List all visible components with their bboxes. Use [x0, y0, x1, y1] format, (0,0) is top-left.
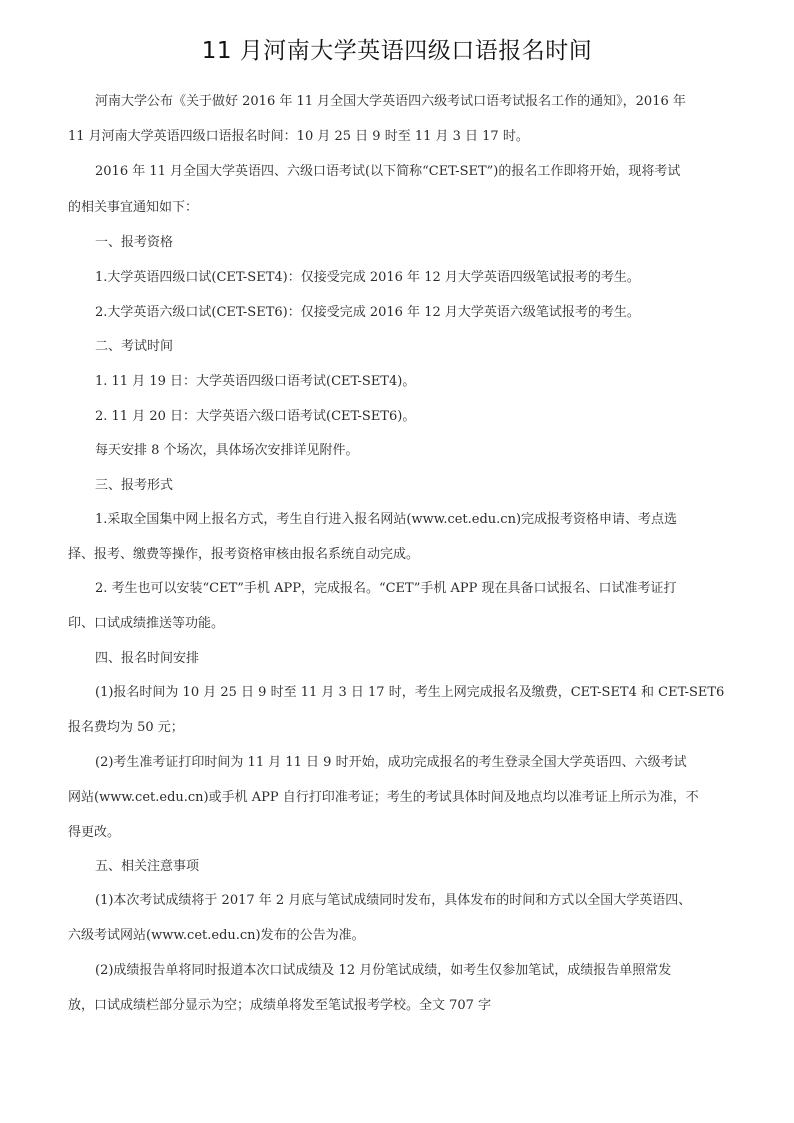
- paragraph-intro-line-2: 11 月河南大学英语四级口语报名时间：10 月 25 日 9 时至 11 月 3…: [68, 128, 529, 146]
- registration-form-item-2-line-1: 2. 考生也可以安装“CET”手机 APP，完成报名。“CET”手机 APP 现…: [95, 580, 677, 598]
- exam-time-note: 每天安排 8 个场次，具体场次安排详见附件。: [95, 442, 359, 460]
- exam-time-item-1: 1. 11 月 19 日：大学英语四级口语考试(CET-SET4)。: [95, 373, 415, 391]
- section-heading-registration-form: 三、报考形式: [95, 477, 173, 495]
- section-heading-notes: 五、相关注意事项: [95, 858, 199, 876]
- document-page: 11 月河南大学英语四级口语报名时间 河南大学公布《关于做好 2016 年 11…: [0, 0, 794, 1123]
- registration-schedule-item-2-line-3: 得更改。: [68, 824, 120, 842]
- eligibility-item-2: 2.大学英语六级口试(CET-SET6)：仅接受完成 2016 年 12 月大学…: [95, 304, 640, 322]
- registration-schedule-item-2-line-2: 网站(www.cet.edu.cn)或手机 APP 自行打印准考证；考生的考试具…: [68, 789, 699, 807]
- page-title: 11 月河南大学英语四级口语报名时间: [0, 32, 794, 65]
- notes-item-1-line-1: (1)本次考试成绩将于 2017 年 2 月底与笔试成绩同时发布，具体发布的时间…: [95, 892, 691, 910]
- registration-form-item-2-line-2: 印、口试成绩推送等功能。: [68, 615, 224, 633]
- exam-time-item-2: 2. 11 月 20 日：大学英语六级口语考试(CET-SET6)。: [95, 408, 415, 426]
- paragraph-notice-line-1: 2016 年 11 月全国大学英语四、六级口语考试(以下简称“CET-SET”)…: [95, 163, 680, 181]
- registration-schedule-item-1-line-1: (1)报名时间为 10 月 25 日 9 时至 11 月 3 日 17 时，考生…: [95, 684, 724, 702]
- registration-form-item-1-line-2: 择、报考、缴费等操作，报考资格审核由报名系统自动完成。: [68, 546, 419, 564]
- notes-item-2-line-2: 放，口试成绩栏部分显示为空；成绩单将发至笔试报考学校。全文 707 字: [68, 997, 491, 1015]
- registration-form-item-1-line-1: 1.采取全国集中网上报名方式，考生自行进入报名网站(www.cet.edu.cn…: [95, 511, 677, 529]
- paragraph-notice-line-2: 的相关事宜通知如下：: [68, 199, 198, 217]
- paragraph-intro-line-1: 河南大学公布《关于做好 2016 年 11 月全国大学英语四六级考试口语考试报名…: [95, 93, 686, 111]
- notes-item-2-line-1: (2)成绩报告单将同时报道本次口试成绩及 12 月份笔试成绩，如考生仅参加笔试，…: [95, 962, 671, 980]
- section-heading-exam-time: 二、考试时间: [95, 338, 173, 356]
- notes-item-1-line-2: 六级考试网站(www.cet.edu.cn)发布的公告为准。: [68, 927, 365, 945]
- section-heading-eligibility: 一、报考资格: [95, 234, 173, 252]
- eligibility-item-1: 1.大学英语四级口试(CET-SET4)：仅接受完成 2016 年 12 月大学…: [95, 269, 640, 287]
- section-heading-registration-schedule: 四、报名时间安排: [95, 650, 199, 668]
- registration-schedule-item-1-line-2: 报名费均为 50 元；: [68, 719, 184, 737]
- registration-schedule-item-2-line-1: (2)考生准考证打印时间为 11 月 11 日 9 时开始，成功完成报名的考生登…: [95, 754, 687, 772]
